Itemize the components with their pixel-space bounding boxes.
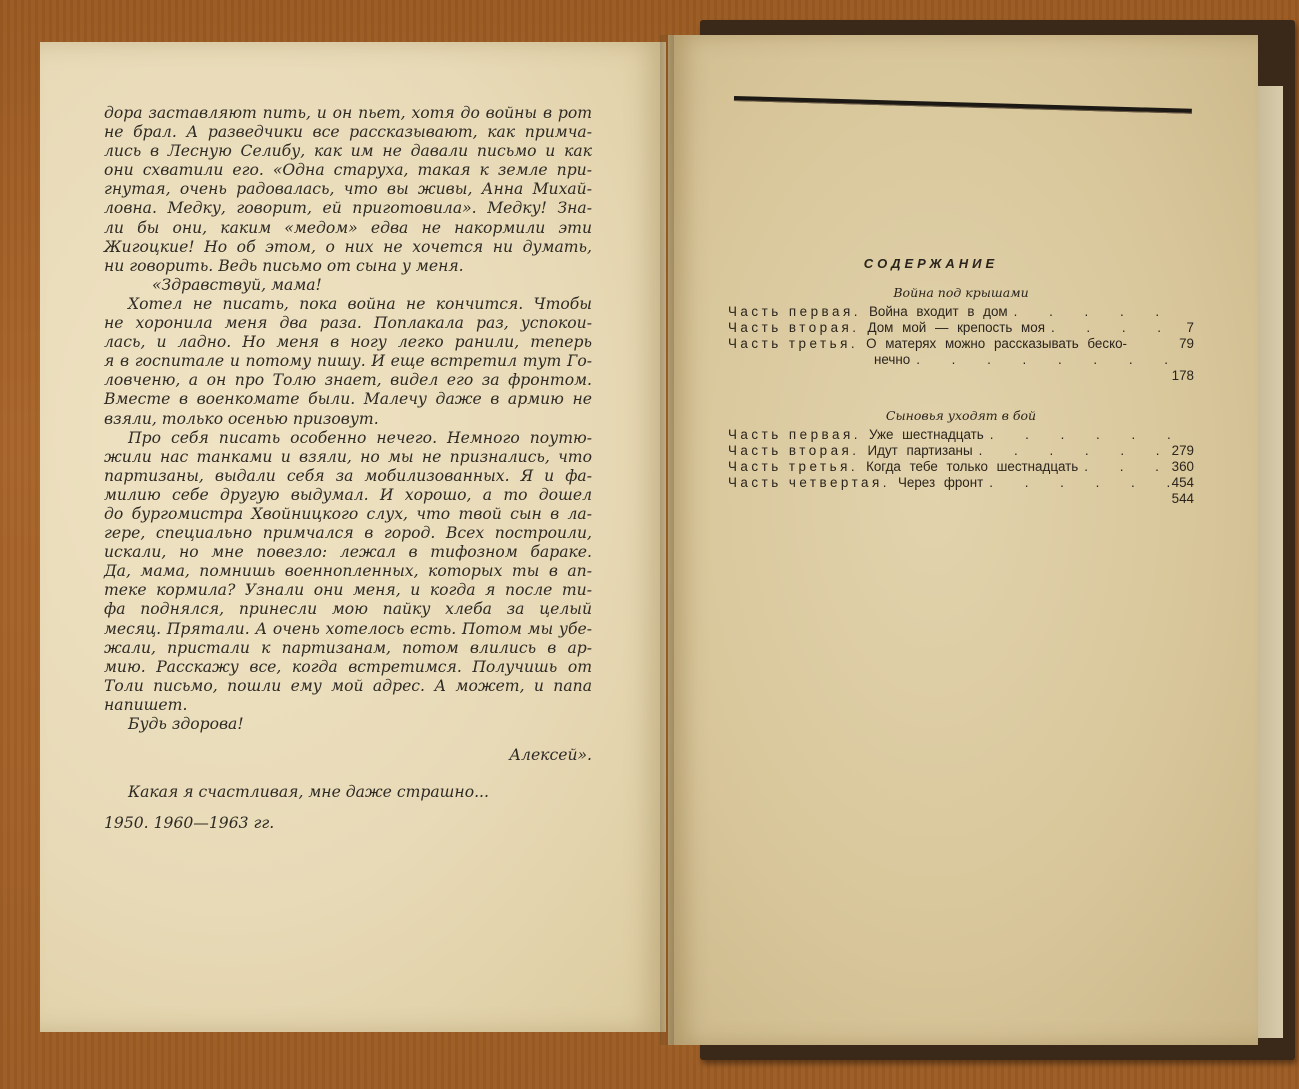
writing-dates: 1950. 1960—1963 гг. — [104, 814, 592, 833]
text-line: Про себя писать особенно нечего. Немного… — [104, 429, 592, 448]
page-block-edge — [1256, 86, 1283, 1038]
text-line: ловченю, а он про Толю знает, видел его … — [104, 371, 592, 390]
text-line: Хотел не писать, пока война не кончится.… — [104, 295, 592, 314]
toc-entry: Часть третья. Когда тебе только шестнадц… — [728, 459, 1194, 475]
text-line: фа поднялся, принесли мою пайку хлеба за… — [104, 600, 592, 619]
text-line: гнутая, очень радовалась, что вы живы, А… — [104, 180, 592, 199]
text-line: ловна. Медку, говорит, ей приготовила». … — [104, 199, 592, 218]
text-line: партизаны, выдали себя за мобилизованных… — [104, 467, 592, 486]
toc-section-title: Война под крышами — [728, 285, 1194, 300]
text-line: дора заставляют пить, и он пьет, хотя до… — [104, 104, 592, 123]
text-line: Да, мама, помнишь военнопленных, которых… — [104, 562, 592, 581]
toc-page-row: 544 — [728, 491, 1194, 507]
text-line: теке кормила? Узнали они меня, и когда я… — [104, 581, 592, 600]
letter-farewell: Будь здорова! — [104, 715, 592, 734]
toc-section-title: Сыновья уходят в бой — [728, 408, 1194, 423]
text-line: милию себе другую выдумал. И хорошо, а т… — [104, 486, 592, 505]
text-line: напишет. — [104, 696, 592, 715]
toc-entry: Часть четвертая. Через фронт . . . . . .… — [728, 475, 1194, 491]
toc-entry: Часть первая. Уже шестнадцать . . . . . … — [728, 427, 1194, 443]
text-line: искали, но мне повезло: лежал в тифозном… — [104, 543, 592, 562]
text-line: не брал. А разведчики все рассказывают, … — [104, 123, 592, 142]
text-line: мию. Расскажу все, когда встретимся. Пол… — [104, 658, 592, 677]
book-gutter — [660, 35, 674, 1045]
text-line: Толи письмо, пошли ему мой адрес. А може… — [104, 677, 592, 696]
toc-title: СОДЕРЖАНИЕ — [668, 256, 1194, 271]
letter-greeting: «Здравствуй, мама! — [104, 276, 592, 295]
closing-line: Какая я счастливая, мне даже страшно... — [104, 783, 592, 802]
text-line: лась, и ладно. Но меня в ногу легко рани… — [104, 333, 592, 352]
text-line: Жигоцкие! Но об этом, о них не хочется н… — [104, 238, 592, 257]
toc-entry: Часть третья. О матерях можно рассказыва… — [728, 336, 1194, 352]
toc-entry: Часть первая. Война входит в дом . . . .… — [728, 304, 1194, 320]
toc-page-row: 178 — [728, 368, 1194, 384]
toc-entry: Часть вторая. Дом мой — крепость моя . .… — [728, 320, 1194, 336]
text-line: Вместе в военкомате были. Малечу даже в … — [104, 390, 592, 409]
text-line: до бургомистра Хвойницкого слух, что тво… — [104, 505, 592, 524]
text-line: я в госпитале и потому пишу. И еще встре… — [104, 352, 592, 371]
text-line: жили нас танками и взяли, но мы не призн… — [104, 448, 592, 467]
text-line: жали, пристали к партизанам, потом влили… — [104, 639, 592, 658]
letter-signature: Алексей». — [104, 746, 592, 765]
table-of-contents: СОДЕРЖАНИЕ Война под крышами Часть перва… — [728, 256, 1194, 507]
toc-entry-continued: нечно . . . . . . . . . . . — [728, 352, 1194, 368]
left-page-text: дора заставляют пить, и он пьет, хотя до… — [104, 104, 592, 833]
text-line: не хоронила меня два раза. Поплакала раз… — [104, 314, 592, 333]
text-line: они схватили его. «Одна старуха, такая к… — [104, 161, 592, 180]
toc-entry: Часть вторая. Идут партизаны . . . . . .… — [728, 443, 1194, 459]
text-line: взяли, только осенью призовут. — [104, 410, 592, 429]
text-line: лись в Лесную Селибу, как им не давали п… — [104, 142, 592, 161]
text-line: ни говорить. Ведь письмо от сына у меня. — [104, 257, 592, 276]
text-line: ли бы они, каким «медом» едва не накорми… — [104, 219, 592, 238]
text-line: гере, специально примчался в город. Всех… — [104, 524, 592, 543]
right-page — [668, 35, 1258, 1045]
text-line: месяц. Прятали. А очень хотелось есть. П… — [104, 620, 592, 639]
